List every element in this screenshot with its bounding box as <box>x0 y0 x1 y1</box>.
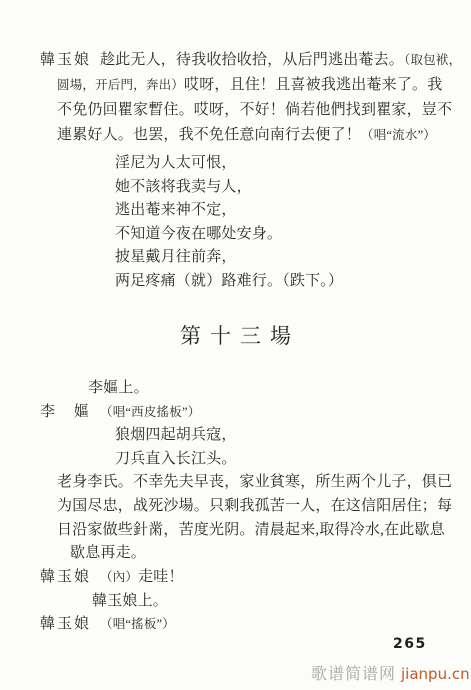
watermark-site-url: jianpu.cn <box>401 665 470 683</box>
prose-line: 日沿家做些針黹，苦度光阴。清晨起来,取得冷水,在此歇息 <box>0 519 471 543</box>
page-number: 265 <box>393 636 427 652</box>
dialogue-line: 李 嫗（唱“西皮搖板”） <box>0 401 471 425</box>
speaker-label: 韓玉娘 <box>40 48 91 73</box>
dialogue-text: 不免仍回瞿家暫住。哎呀，不好！倘若他們找到瞿家，豈不 <box>57 102 452 118</box>
dialogue-text: 哎呀，且住！且喜被我逃出菴来了。我 <box>184 77 442 93</box>
text-column: 韓玉娘趁此无人，待我收拾收拾，从后門逃出菴去。（取包袱， 圆場，开后門，奔出）哎… <box>0 48 471 637</box>
verse-line: 不知道今夜在哪处安身。 <box>0 223 471 247</box>
dialogue-line: 韓玉娘趁此无人，待我收拾收拾，从后門逃出菴去。（取包袱， <box>0 48 471 73</box>
verse-line: 刀兵直入长江头。 <box>0 448 471 472</box>
dialogue-line: 連累好人。也罢，我不免任意向南行去便了！（唱“流水”） <box>0 123 471 148</box>
verse-line: 逃出菴来神不定， <box>0 199 471 223</box>
stage-note: 圆場，开后門，奔出） <box>57 78 184 92</box>
prose-line: 歇息再走。 <box>0 542 471 566</box>
watermark-site-name: 歌谱简谱网 <box>311 666 396 683</box>
verse-line: 她不該将我卖与人， <box>0 176 471 200</box>
scene-title: 第十三場 <box>0 323 471 349</box>
dialogue-line: 不免仍回瞿家暫住。哎呀，不好！倘若他們找到瞿家，豈不 <box>0 98 471 123</box>
dialogue-text: 走哇！ <box>138 569 184 585</box>
prose-line: 老身李氏。不幸先夫早丧，家业貧寒，所生两个儿子，俱已 <box>0 471 471 495</box>
aria-note: （唱“搖板”） <box>100 617 175 631</box>
aria-note: （唱“流水”） <box>361 128 436 142</box>
verse-line: 狼烟四起胡兵寇， <box>0 424 471 448</box>
verse-block: 淫尼为人太可恨， 她不該将我卖与人， 逃出菴来神不定， 不知道今夜在哪处安身。 … <box>0 152 471 293</box>
dialogue-line: 韓玉娘（唱“搖板”） <box>0 613 471 637</box>
speaker-label: 韓玉娘 <box>40 566 91 590</box>
speaker-label: 韓玉娘 <box>40 613 91 637</box>
verse-line: 披星戴月往前奔， <box>0 246 471 270</box>
speaker-label: 李 嫗 <box>40 401 91 425</box>
stage-note: （取包袱， <box>404 53 461 67</box>
scanned-script-page: 韓玉娘趁此无人，待我收拾收拾，从后門逃出菴去。（取包袱， 圆場，开后門，奔出）哎… <box>0 0 471 690</box>
dialogue-line: 圆場，开后門，奔出）哎呀，且住！且喜被我逃出菴来了。我 <box>0 73 471 98</box>
stage-direction: 李嫗上。 <box>0 377 471 401</box>
verse-line: 淫尼为人太可恨， <box>0 152 471 176</box>
stage-direction: 韓玉娘上。 <box>0 590 471 614</box>
watermark: 歌谱简谱网jianpu.cn <box>311 661 470 684</box>
dialogue-text: 連累好人。也罢，我不免任意向南行去便了！ <box>57 127 361 143</box>
dialogue-text: 趁此无人，待我收拾收拾，从后門逃出菴去。 <box>100 52 404 68</box>
verse-line: 两足疼痛（就）路难行。（跌下。） <box>0 270 471 294</box>
prose-line: 为国尽忠，战死沙場。只剩我孤苦一人，在这信阳居住；每 <box>0 495 471 519</box>
stage-note: （內） <box>100 570 138 584</box>
dialogue-line: 韓玉娘（內）走哇！ <box>0 566 471 590</box>
aria-note: （唱“西皮搖板”） <box>100 405 200 419</box>
